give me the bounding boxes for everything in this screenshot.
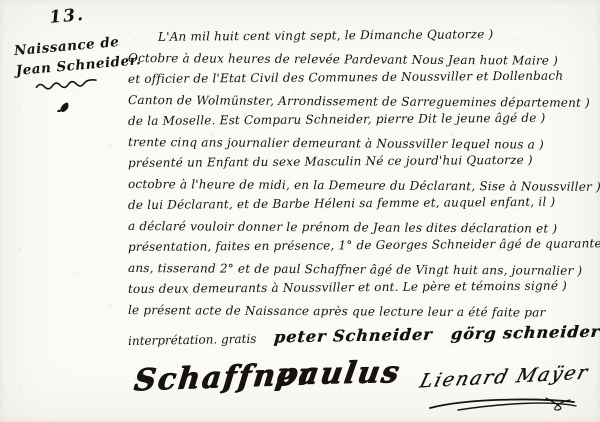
act-line: présenté un Enfant du sexe Masculin Né c…: [128, 149, 590, 174]
act-line: présentation, faites en présence, 1° de …: [128, 233, 590, 258]
scanned-birth-record-page: 13. Naissance de Jean Schneider. L'An mi…: [0, 0, 600, 422]
signature-paulus: paulus: [273, 355, 403, 392]
closing-words: interprétation. gratis: [128, 332, 257, 348]
closing-line: interprétation. gratis peter Schneider g…: [128, 322, 590, 349]
signature-goerg-schneider: görg schneider: [450, 322, 600, 344]
signature-row: Schaffner paulus Lienard Maÿer: [128, 352, 590, 416]
act-line: et officier de l'Etat Civil des Communes…: [128, 65, 590, 90]
act-line: tous deux demeurants à Noussviller et on…: [128, 275, 590, 300]
signature-flourish-icon: [428, 396, 578, 412]
act-line: L'An mil huit cent vingt sept, le Dimanc…: [128, 23, 590, 48]
record-number: 13.: [49, 1, 130, 28]
act-line: de lui Déclarant, et de Barbe Héleni sa …: [128, 191, 590, 216]
signature-mayor: Lienard Maÿer: [417, 361, 591, 392]
margin-annotation: 13. Naissance de Jean Schneider.: [11, 1, 136, 93]
signature-peter-schneider: peter Schneider: [273, 325, 433, 347]
act-line: le présent acte de Naissance après que l…: [128, 300, 590, 324]
act-line: de la Moselle. Est Comparu Schneider, pi…: [128, 107, 590, 132]
ink-blot: [60, 102, 69, 114]
act-text-block: L'An mil huit cent vingt sept, le Dimanc…: [128, 27, 590, 321]
